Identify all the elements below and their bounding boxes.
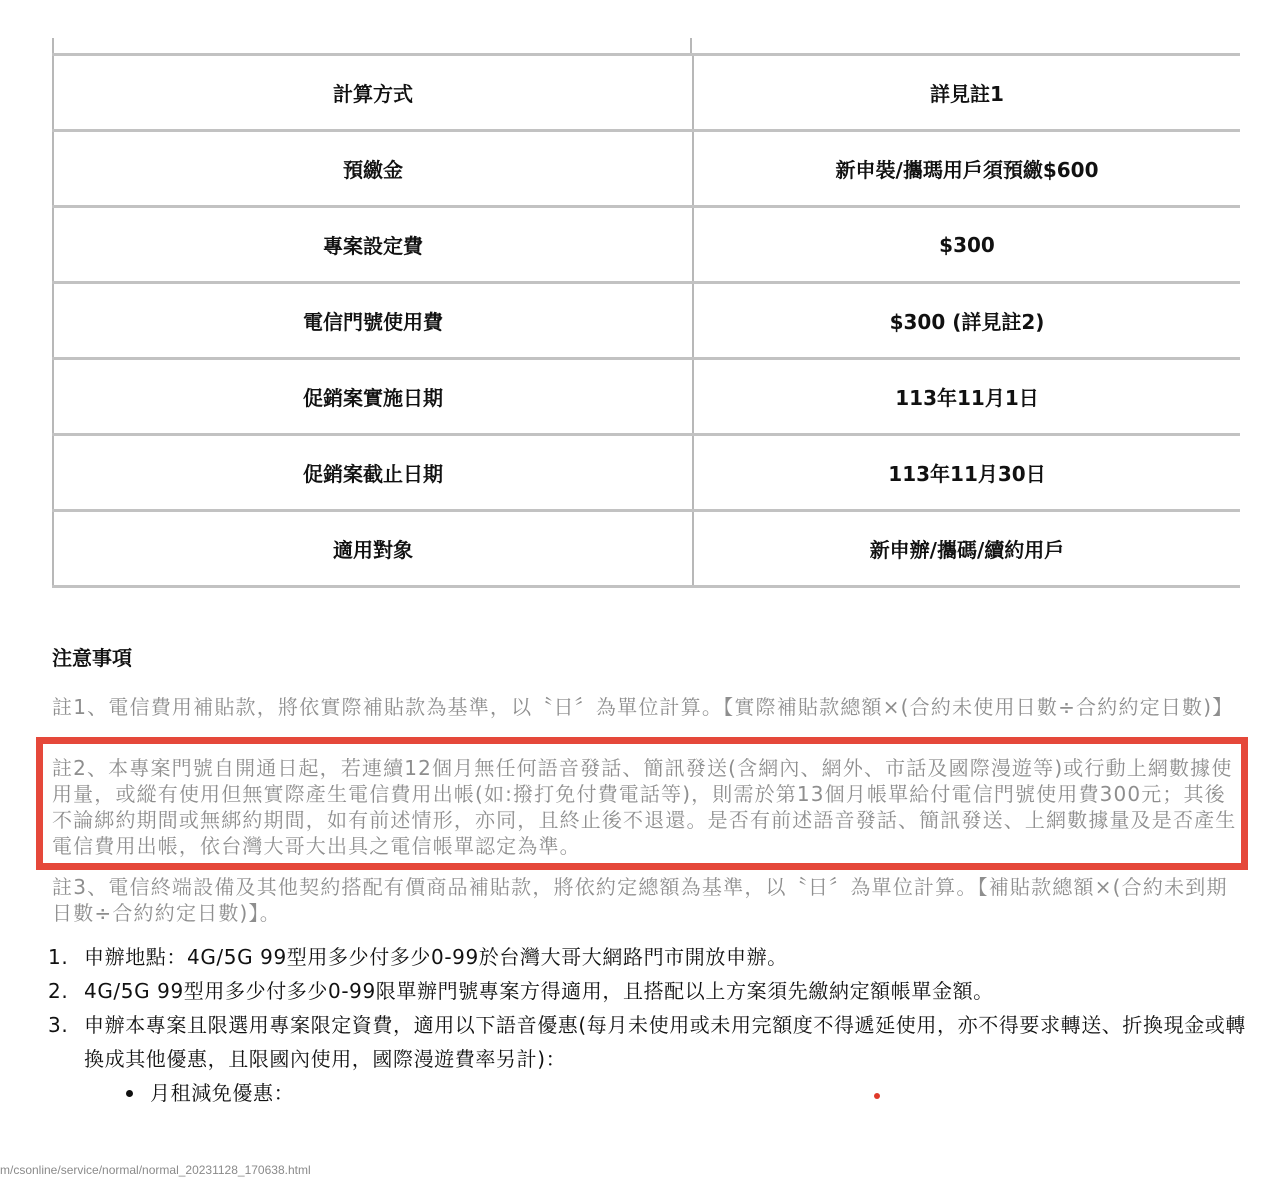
status-bar-url: m/csonline/service/normal/normal_2023112… [0, 1163, 311, 1177]
row-label: 電信門號使用費 [53, 283, 693, 359]
note-3: 註3、電信終端設備及其他契約搭配有價商品補貼款，將依約定總額為基準，以〝日〞為單… [52, 874, 1242, 926]
row-value: $300 [693, 207, 1240, 283]
table-top-continuation [52, 38, 1240, 53]
bullet-icon [126, 1090, 133, 1097]
list-item: 1. 申辦地點：4G/5G 99型用多少付多少0-99於台灣大哥大網路門市開放申… [48, 940, 1248, 974]
table-row: 適用對象 新申辦/攜碼/續約用戶 [53, 511, 1240, 587]
list-item: 2. 4G/5G 99型用多少付多少0-99限單辦門號專案方得適用，且搭配以上方… [48, 974, 1248, 1008]
row-value: 113年11月1日 [693, 359, 1240, 435]
list-number: 1. [48, 940, 68, 974]
table-row: 專案設定費 $300 [53, 207, 1240, 283]
row-label: 計算方式 [53, 55, 693, 131]
row-value: $300 (詳見註2) [693, 283, 1240, 359]
table-row: 預繳金 新申裝/攜瑪用戶須預繳$600 [53, 131, 1240, 207]
row-value: 詳見註1 [693, 55, 1240, 131]
row-label: 促銷案實施日期 [53, 359, 693, 435]
row-label: 專案設定費 [53, 207, 693, 283]
notes-heading: 注意事項 [52, 642, 132, 671]
list-item: 3. 申辦本專案且限選用專案限定資費，適用以下語音優惠(每月未使用或未用完額度不… [48, 1008, 1248, 1110]
list-number: 3. [48, 1008, 68, 1042]
table-row: 促銷案截止日期 113年11月30日 [53, 435, 1240, 511]
plan-table: 計算方式 詳見註1 預繳金 新申裝/攜瑪用戶須預繳$600 專案設定費 $300… [52, 53, 1240, 588]
row-value: 113年11月30日 [693, 435, 1240, 511]
row-label: 預繳金 [53, 131, 693, 207]
red-dot-marker [874, 1093, 880, 1099]
terms-list: 1. 申辦地點：4G/5G 99型用多少付多少0-99於台灣大哥大網路門市開放申… [48, 940, 1248, 1110]
plan-details-table: 計算方式 詳見註1 預繳金 新申裝/攜瑪用戶須預繳$600 專案設定費 $300… [52, 38, 1240, 588]
list-item-text: 申辦本專案且限選用專案限定資費，適用以下語音優惠(每月未使用或未用完額度不得遞延… [84, 1013, 1246, 1071]
table-row: 促銷案實施日期 113年11月1日 [53, 359, 1240, 435]
sub-list-item: 月租減免優惠： [116, 1076, 1248, 1110]
note-2-highlight-box: 註2、本專案門號自開通日起，若連續12個月無任何語音發話、簡訊發送(含網內、網外… [36, 737, 1248, 870]
sub-list-item-text: 月租減免優惠： [150, 1081, 294, 1105]
row-value: 新申裝/攜瑪用戶須預繳$600 [693, 131, 1240, 207]
row-label: 適用對象 [53, 511, 693, 587]
sub-list: 月租減免優惠： [84, 1076, 1248, 1110]
row-value: 新申辦/攜碼/續約用戶 [693, 511, 1240, 587]
row-label: 促銷案截止日期 [53, 435, 693, 511]
list-item-text: 申辦地點：4G/5G 99型用多少付多少0-99於台灣大哥大網路門市開放申辦。 [84, 945, 788, 969]
note-1: 註1、電信費用補貼款，將依實際補貼款為基準，以〝日〞為單位計算。【實際補貼款總額… [52, 694, 1242, 742]
table-row: 計算方式 詳見註1 [53, 55, 1240, 131]
note-2: 註2、本專案門號自開通日起，若連續12個月無任何語音發話、簡訊發送(含網內、網外… [43, 744, 1238, 859]
table-row: 電信門號使用費 $300 (詳見註2) [53, 283, 1240, 359]
list-item-text: 4G/5G 99型用多少付多少0-99限單辦門號專案方得適用，且搭配以上方案須先… [84, 979, 994, 1003]
list-number: 2. [48, 974, 68, 1008]
